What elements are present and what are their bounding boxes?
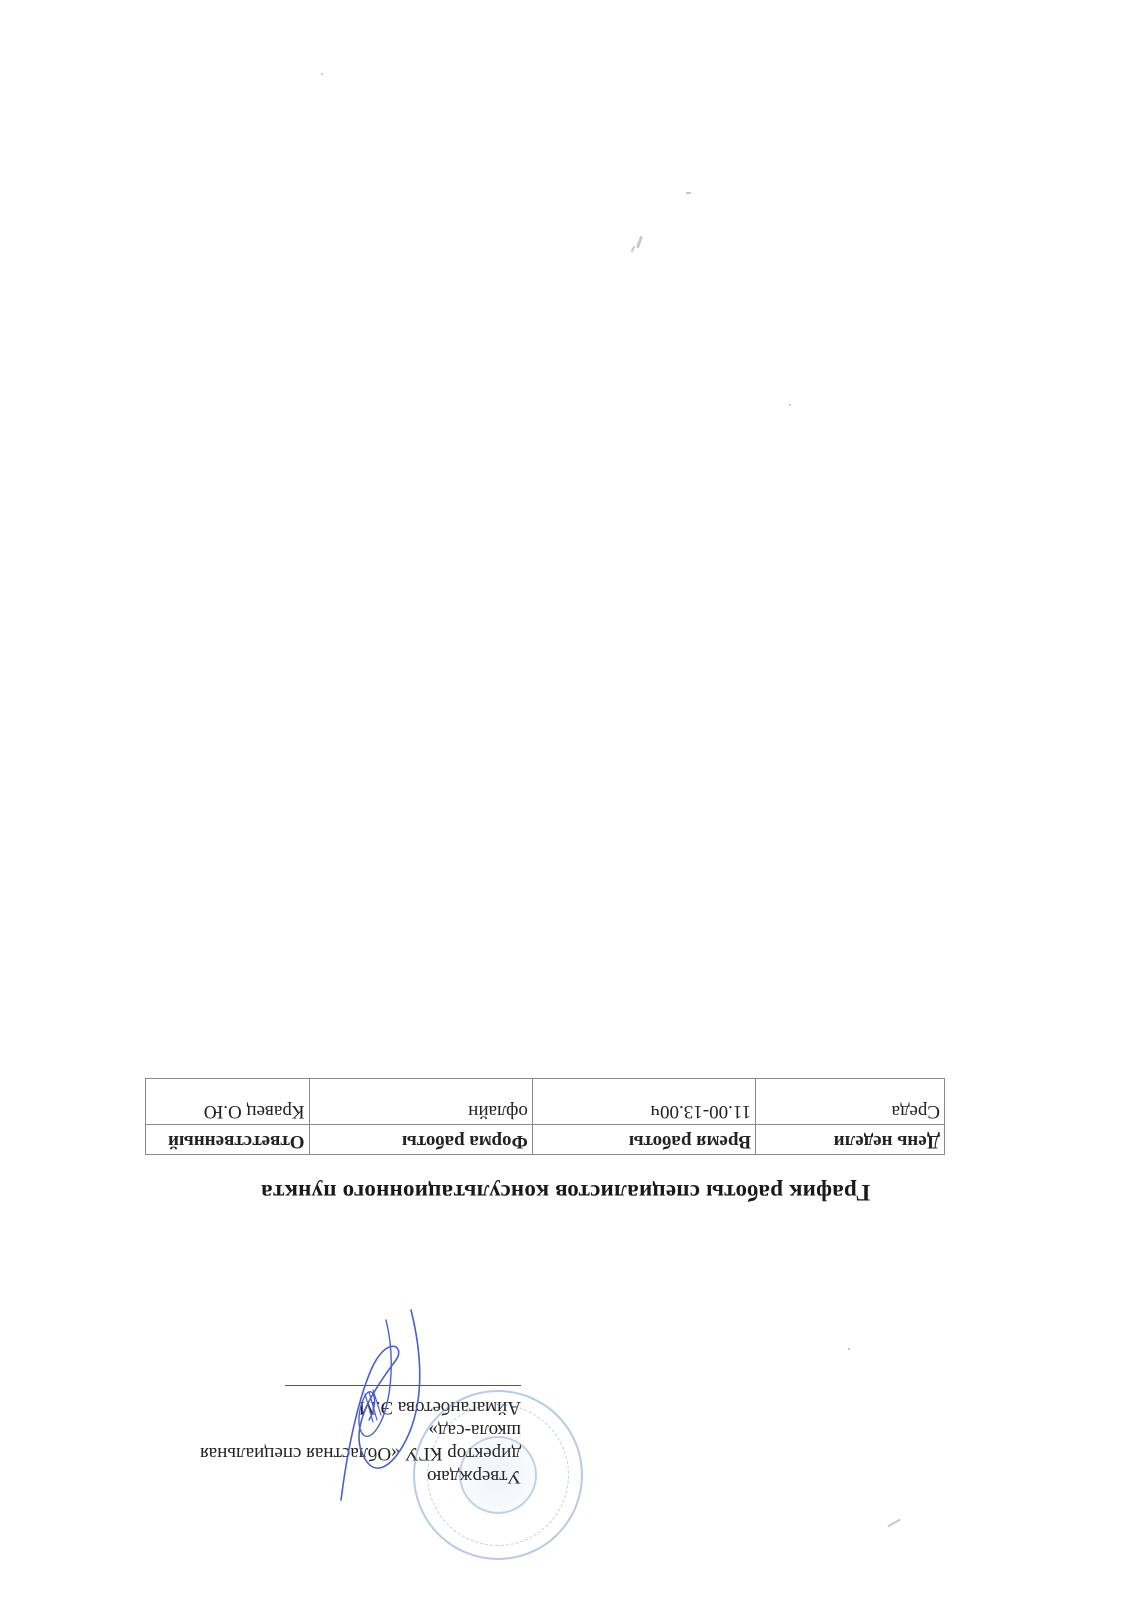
cell-responsible: Кравец О.Ю [146, 1079, 310, 1125]
header-form: Форма работы [309, 1125, 532, 1155]
document-title: График работы специалистов консультацион… [0, 1179, 1131, 1205]
schedule-table: День недели Время работы Форма работы От… [145, 1078, 945, 1155]
cell-form: офлайн [309, 1079, 532, 1125]
table-header-row: День недели Время работы Форма работы От… [146, 1125, 945, 1155]
cell-day: Среда [756, 1079, 945, 1125]
scan-speck [848, 1348, 850, 1350]
table-row: Среда 11.00-13.00ч офлайн Кравец О.Ю [146, 1079, 945, 1125]
signature-icon [321, 1300, 441, 1520]
scan-speck [631, 246, 636, 252]
scan-speck [321, 73, 323, 75]
header-day: День недели [756, 1125, 945, 1155]
cell-time: 11.00-13.00ч [532, 1079, 755, 1125]
scan-speck [789, 404, 791, 406]
header-responsible: Ответственный [146, 1125, 310, 1155]
scanned-page: Утверждаю директор КГУ «Областная специа… [0, 0, 1131, 1600]
scan-speck [636, 236, 643, 248]
scan-speck [887, 1519, 900, 1528]
header-time: Время работы [532, 1125, 755, 1155]
scan-speck [686, 192, 691, 194]
